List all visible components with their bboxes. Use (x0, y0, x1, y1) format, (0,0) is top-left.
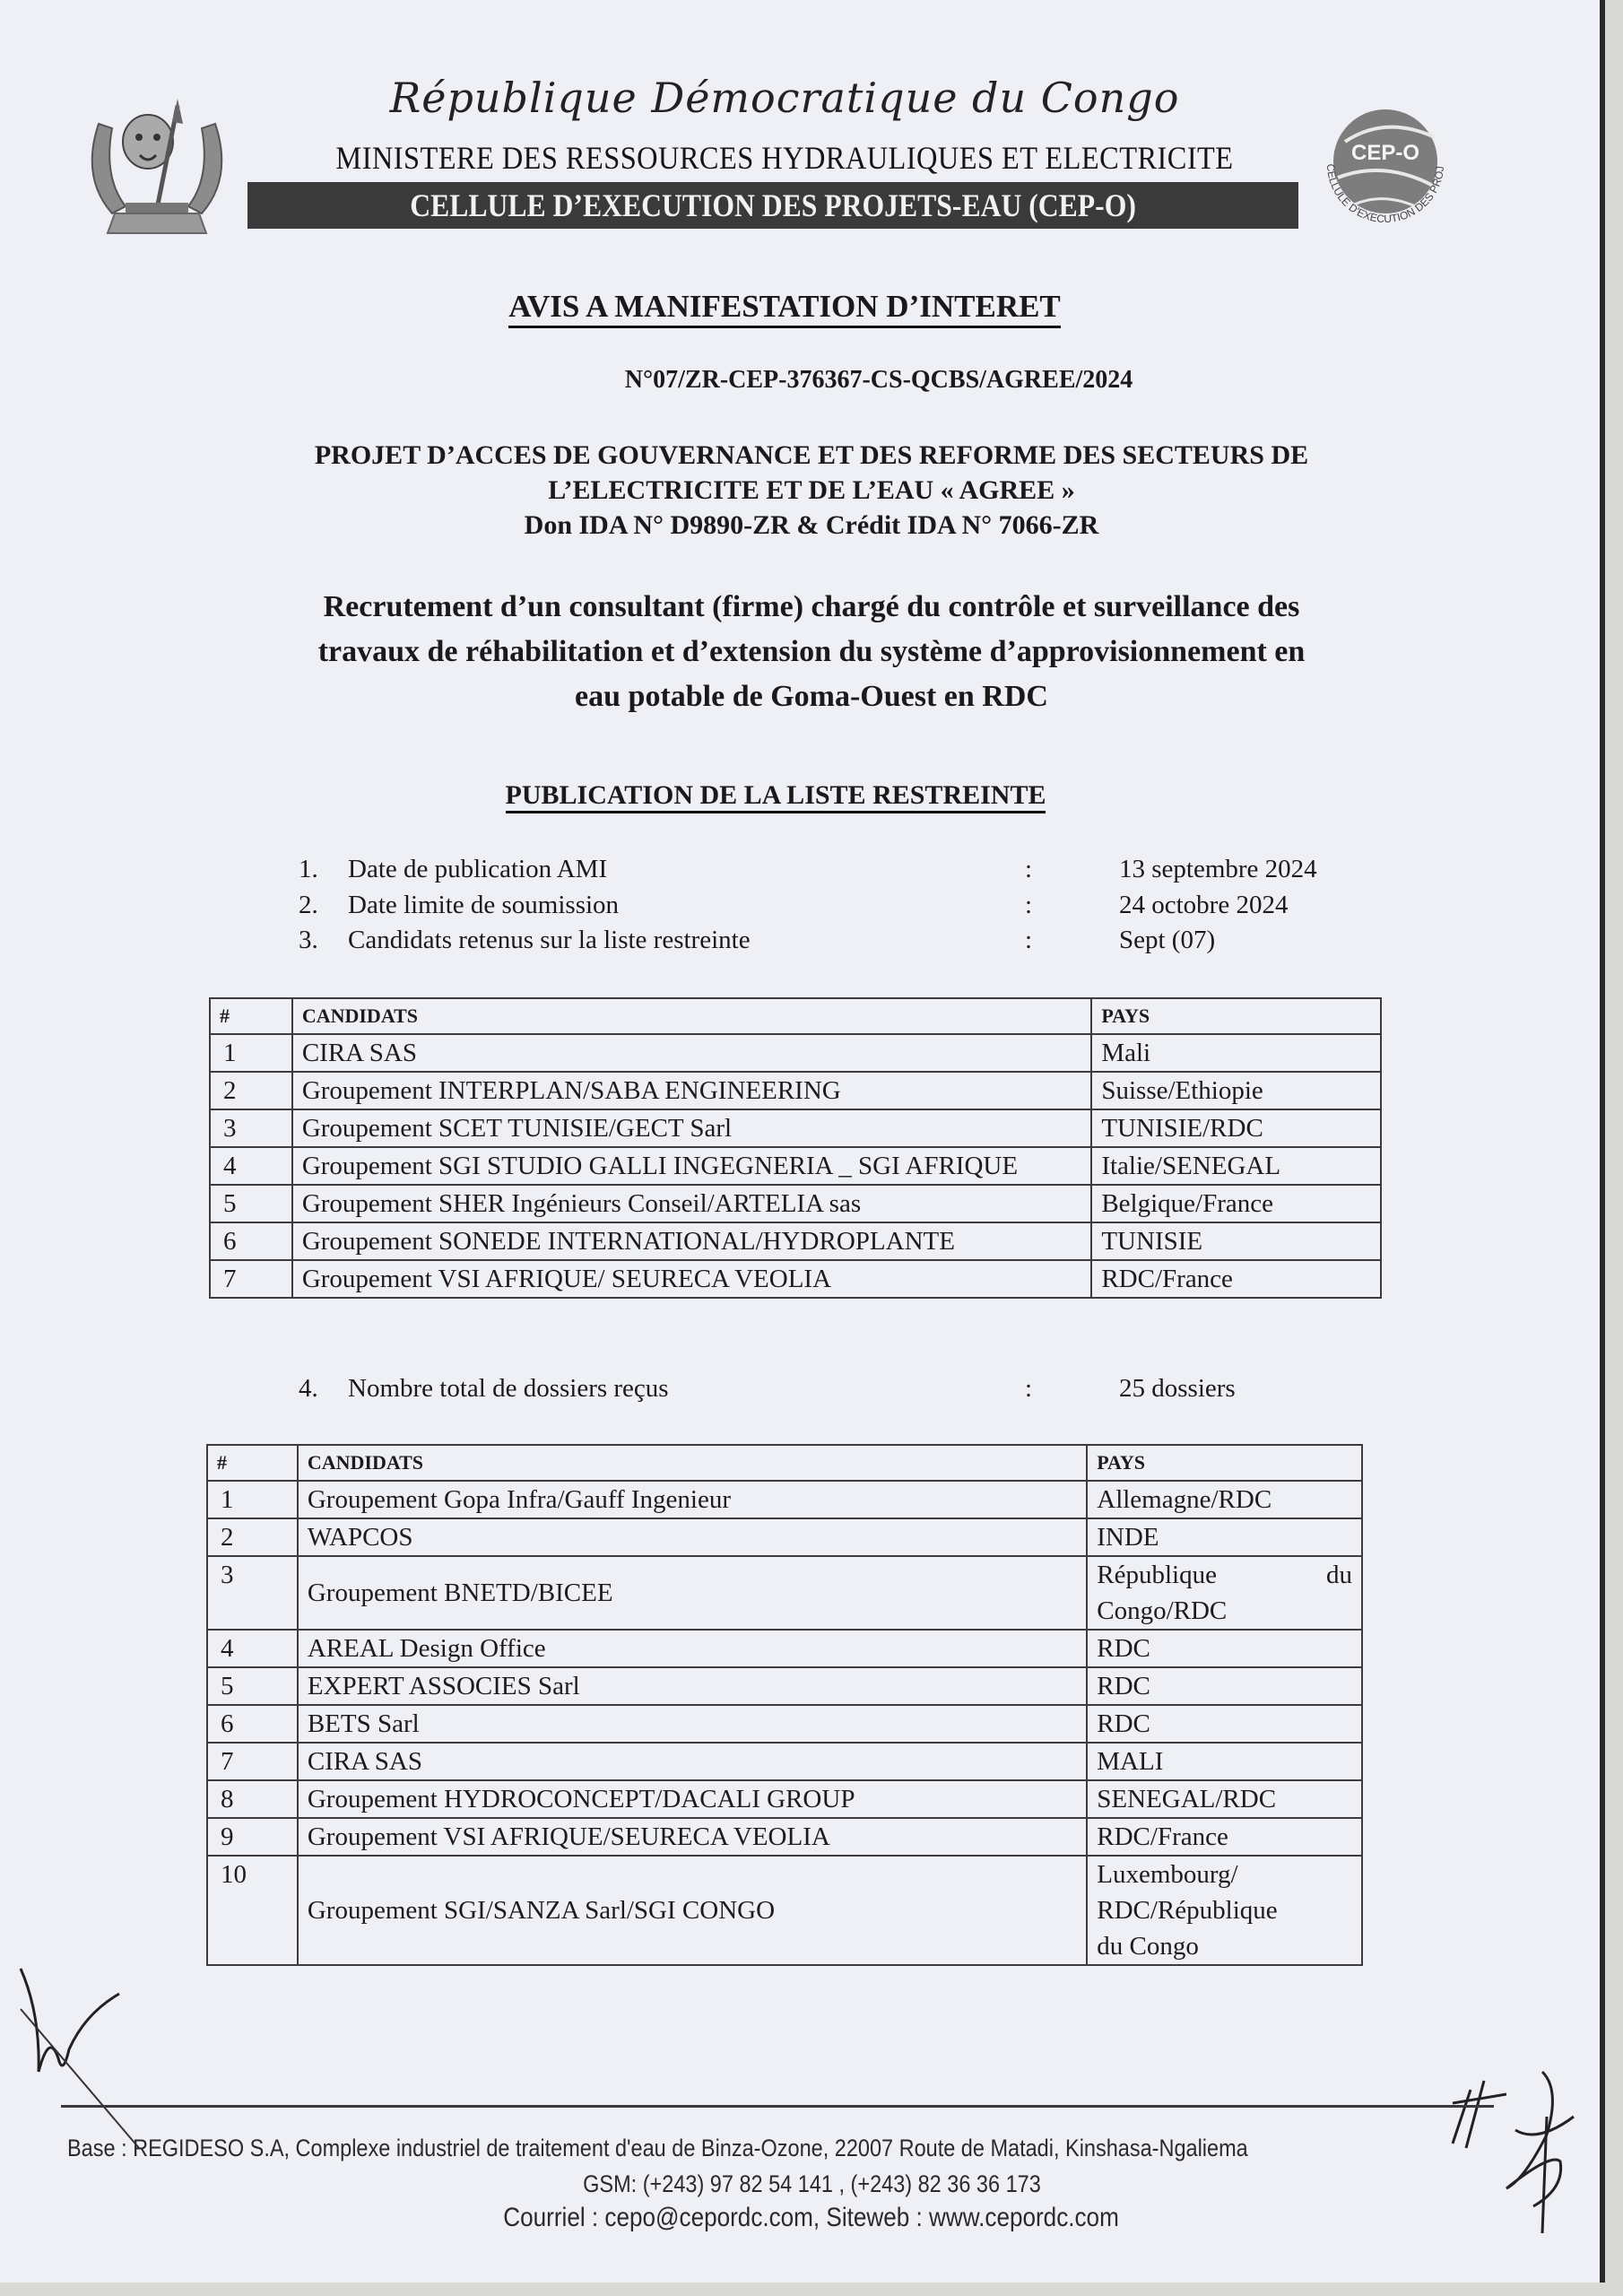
candidate-country: Luxembourg/RDC/Républiquedu Congo (1087, 1856, 1362, 1965)
row-number: 6 (210, 1222, 292, 1260)
project-line: L’ELECTRICITE ET DE L’EAU « AGREE » (215, 473, 1408, 508)
received-applications-table: # CANDIDATS PAYS 1Groupement Gopa Infra/… (206, 1444, 1363, 1966)
row-number: 1 (210, 1034, 292, 1072)
candidate-name: Groupement INTERPLAN/SABA ENGINEERING (292, 1072, 1092, 1109)
country-line: RDC/République (1097, 1892, 1352, 1928)
table-header-row: # CANDIDATS PAYS (210, 998, 1381, 1034)
recruitment-line: eau potable de Goma-Ouest en RDC (206, 674, 1417, 719)
section-title: PUBLICATION DE LA LISTE RESTREINTE (269, 780, 1282, 811)
column-header-country: PAYS (1087, 1445, 1362, 1481)
footer-phones: GSM: (+243) 97 82 54 141 , (+243) 82 36 … (0, 2170, 1623, 2198)
candidate-name: Groupement Gopa Infra/Gauff Ingenieur (298, 1481, 1087, 1518)
cep-o-logo-icon: CEP-O CELLULE D'EXECUTION DES PROJETS-EA… (1300, 79, 1471, 245)
ministry-name: MINISTERE DES RESSOURCES HYDRAULIQUES ET… (321, 139, 1249, 177)
country-line: Congo/RDC (1097, 1593, 1352, 1629)
table-row: 1Groupement Gopa Infra/Gauff IngenieurAl… (207, 1481, 1362, 1518)
document-page: République Démocratique du Congo MINISTE… (0, 0, 1605, 2283)
row-number: 4 (210, 1147, 292, 1185)
table-row: 4Groupement SGI STUDIO GALLI INGEGNERIA … (210, 1147, 1381, 1185)
table-row: 6Groupement SONEDE INTERNATIONAL/HYDROPL… (210, 1222, 1381, 1260)
column-header-number: # (210, 998, 292, 1034)
row-number: 7 (210, 1260, 292, 1298)
candidate-country: RDC/France (1091, 1260, 1381, 1298)
row-number: 2 (210, 1072, 292, 1109)
footer-contact: Courriel : cepo@cepordc.com, Siteweb : w… (0, 2203, 1623, 2233)
candidate-country: RDC (1087, 1705, 1362, 1743)
candidate-name: WAPCOS (298, 1518, 1087, 1556)
candidate-country: République duCongo/RDC (1087, 1556, 1362, 1630)
table-row: 5Groupement SHER Ingénieurs Conseil/ARTE… (210, 1185, 1381, 1222)
candidate-name: CIRA SAS (298, 1743, 1087, 1780)
candidate-name: BETS Sarl (298, 1705, 1087, 1743)
candidate-name: Groupement BNETD/BICEE (298, 1556, 1087, 1630)
candidate-country: RDC (1087, 1630, 1362, 1667)
table-row: 2WAPCOSINDE (207, 1518, 1362, 1556)
footer-divider (61, 2105, 1494, 2108)
candidate-country: Allemagne/RDC (1087, 1481, 1362, 1518)
column-header-candidates: CANDIDATS (298, 1445, 1087, 1481)
unit-name: CELLULE D’EXECUTION DES PROJETS-EAU (CEP… (410, 182, 1136, 229)
table-row: 10Groupement SGI/SANZA Sarl/SGI CONGOLux… (207, 1856, 1362, 1965)
candidate-country: INDE (1087, 1518, 1362, 1556)
table-row: 4AREAL Design OfficeRDC (207, 1630, 1362, 1667)
table-row: 6BETS SarlRDC (207, 1705, 1362, 1743)
row-number: 1 (207, 1481, 298, 1518)
recruitment-title: Recrutement d’un consultant (firme) char… (206, 585, 1417, 719)
table-row: 7CIRA SASMALI (207, 1743, 1362, 1780)
candidate-name: Groupement HYDROCONCEPT/DACALI GROUP (298, 1780, 1087, 1818)
row-number: 2 (207, 1518, 298, 1556)
footer-address: Base : REGIDESO S.A, Complexe industriel… (67, 2135, 1424, 2162)
recruitment-line: Recrutement d’un consultant (firme) char… (206, 585, 1417, 630)
candidate-country: TUNISIE (1091, 1222, 1381, 1260)
country-title: République Démocratique du Congo (269, 74, 1300, 122)
row-number: 4 (207, 1630, 298, 1667)
candidate-name: Groupement SGI STUDIO GALLI INGEGNERIA _… (292, 1147, 1092, 1185)
country-line: République du (1097, 1557, 1352, 1593)
candidate-country: Belgique/France (1091, 1185, 1381, 1222)
funding-line: Don IDA N° D9890-ZR & Crédit IDA N° 7066… (215, 508, 1408, 543)
column-header-candidates: CANDIDATS (292, 998, 1092, 1034)
row-number: 8 (207, 1780, 298, 1818)
candidate-country: RDC/France (1087, 1818, 1362, 1856)
candidate-name: CIRA SAS (292, 1034, 1092, 1072)
candidate-name: Groupement SGI/SANZA Sarl/SGI CONGO (298, 1856, 1087, 1965)
shortlist-table: # CANDIDATS PAYS 1CIRA SASMali2Groupemen… (209, 997, 1382, 1299)
candidate-country: Suisse/Ethiopie (1091, 1072, 1381, 1109)
row-number: 7 (207, 1743, 298, 1780)
row-number: 6 (207, 1705, 298, 1743)
country-line: Luxembourg/ (1097, 1857, 1352, 1892)
coat-of-arms-icon (72, 88, 242, 236)
table-row: 9Groupement VSI AFRIQUE/SEURECA VEOLIARD… (207, 1818, 1362, 1856)
candidate-name: EXPERT ASSOCIES Sarl (298, 1667, 1087, 1705)
table-row: 8Groupement HYDROCONCEPT/DACALI GROUPSEN… (207, 1780, 1362, 1818)
table-row: 7Groupement VSI AFRIQUE/ SEURECA VEOLIAR… (210, 1260, 1381, 1298)
reference-number: N°07/ZR-CEP-376367-CS-QCBS/AGREE/2024 (538, 366, 1219, 395)
country-line: du Congo (1097, 1928, 1352, 1964)
table-row: 5EXPERT ASSOCIES SarlRDC (207, 1667, 1362, 1705)
candidate-country: MALI (1087, 1743, 1362, 1780)
row-number: 3 (210, 1109, 292, 1147)
candidate-name: Groupement SCET TUNISIE/GECT Sarl (292, 1109, 1092, 1147)
table-row: 3Groupement BNETD/BICEERépublique duCong… (207, 1556, 1362, 1630)
candidate-name: Groupement SONEDE INTERNATIONAL/HYDROPLA… (292, 1222, 1092, 1260)
project-line: PROJET D’ACCES DE GOUVERNANCE ET DES REF… (215, 438, 1408, 473)
notice-title: AVIS A MANIFESTATION D’INTERET (269, 289, 1300, 325)
candidate-country: Italie/SENEGAL (1091, 1147, 1381, 1185)
row-number: 5 (210, 1185, 292, 1222)
unit-banner: CELLULE D’EXECUTION DES PROJETS-EAU (CEP… (247, 182, 1298, 229)
info-item-deadline: 2.Date limite de soumission :24 octobre … (299, 891, 1419, 926)
table-row: 1CIRA SASMali (210, 1034, 1381, 1072)
row-number: 9 (207, 1818, 298, 1856)
table-header-row: # CANDIDATS PAYS (207, 1445, 1362, 1481)
project-block: PROJET D’ACCES DE GOUVERNANCE ET DES REF… (215, 438, 1408, 543)
column-header-number: # (207, 1445, 298, 1481)
info-item-shortlisted-count: 3.Candidats retenus sur la liste restrei… (299, 926, 1419, 961)
candidate-name: AREAL Design Office (298, 1630, 1087, 1667)
row-number: 3 (207, 1556, 298, 1630)
table-row: 2Groupement INTERPLAN/SABA ENGINEERINGSu… (210, 1072, 1381, 1109)
candidate-country: Mali (1091, 1034, 1381, 1072)
table-row: 3Groupement SCET TUNISIE/GECT SarlTUNISI… (210, 1109, 1381, 1147)
candidate-name: Groupement SHER Ingénieurs Conseil/ARTEL… (292, 1185, 1092, 1222)
candidate-country: SENEGAL/RDC (1087, 1780, 1362, 1818)
column-header-country: PAYS (1091, 998, 1381, 1034)
recruitment-line: travaux de réhabilitation et d’extension… (206, 630, 1417, 674)
candidate-country: RDC (1087, 1667, 1362, 1705)
svg-text:CEP-O: CEP-O (1351, 141, 1419, 165)
row-number: 10 (207, 1856, 298, 1965)
candidate-country: TUNISIE/RDC (1091, 1109, 1381, 1147)
info-item-total-received: 4.Nombre total de dossiers reçus :25 dos… (299, 1374, 1419, 1410)
info-item-publication-date: 1.Date de publication AMI :13 septembre … (299, 855, 1419, 891)
candidate-name: Groupement VSI AFRIQUE/SEURECA VEOLIA (298, 1818, 1087, 1856)
row-number: 5 (207, 1667, 298, 1705)
candidate-name: Groupement VSI AFRIQUE/ SEURECA VEOLIA (292, 1260, 1092, 1298)
